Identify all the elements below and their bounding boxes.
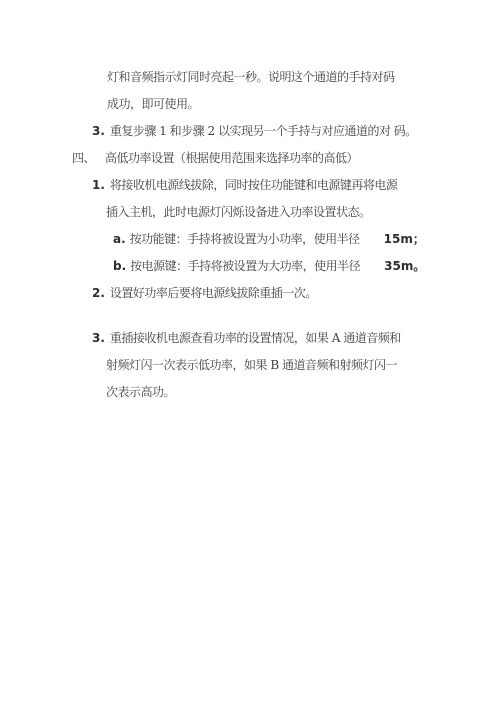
power-step-2-text: 设置好功率后要将电源线拔除重插一次。 (110, 286, 317, 300)
power-step-3-number: 3. (92, 331, 105, 345)
radius-large-value: 35m。 (384, 259, 425, 273)
power-section-heading: 四、高低功率设置（根据使用范围来选择功率的高低） (72, 145, 500, 172)
pairing-step-3-text: 重复步骤 1 和步骤 2 以实现另一个手持与对应通道的对 码。 (110, 124, 417, 138)
power-step-3-text-3: 次表示高功。 (106, 385, 175, 399)
power-step-3-line-1: 3.重插接收机电源查看功率的设置情况，如果 A 通道音频和 (92, 325, 500, 352)
pairing-continuation-text-2: 成功，即可使用。 (107, 97, 199, 111)
power-option-b: b.按电源键：手持将被设置为大功率，使用半径35m。 (113, 253, 500, 280)
power-option-a-letter: a. (113, 232, 126, 246)
power-step-1-text-2: 插入主机，此时电源灯闪烁设备进入功率设置状态。 (106, 205, 371, 219)
power-section-title: 高低功率设置（根据使用范围来选择功率的高低） (105, 151, 358, 165)
pairing-step-3: 3.重复步骤 1 和步骤 2 以实现另一个手持与对应通道的对 码。 (92, 118, 500, 145)
power-step-1-number: 1. (92, 178, 105, 192)
pairing-continuation-line-2: 成功，即可使用。 (107, 91, 500, 118)
power-option-a-text: 按功能键：手持将被设置为小功率，使用半径 (130, 232, 360, 246)
pairing-continuation-text-1: 灯和音频指示灯同时亮起一秒。说明这个通道的手持对码 (107, 70, 395, 84)
radius-small-value: 15m； (384, 232, 425, 246)
power-step-1-text-1: 将接收机电源线拔除，同时按住功能键和电源键再将电源 (110, 178, 398, 192)
power-step-2: 2.设置好功率后要将电源线拔除重插一次。 (92, 280, 500, 307)
power-step-3-text-2: 射频灯闪一次表示低功率，如果 B 通道音频和射频灯闪一 (106, 358, 397, 372)
power-step-2-number: 2. (92, 286, 105, 300)
power-option-b-text: 按电源键：手持将被设置为大功率，使用半径 (130, 259, 360, 273)
power-step-1-line-1: 1.将接收机电源线拔除，同时按住功能键和电源键再将电源 (92, 172, 500, 199)
pairing-continuation-line-1: 灯和音频指示灯同时亮起一秒。说明这个通道的手持对码 (107, 64, 500, 91)
pairing-step-3-number: 3. (92, 124, 105, 138)
manual-page: 灯和音频指示灯同时亮起一秒。说明这个通道的手持对码 成功，即可使用。 3.重复步… (0, 0, 500, 708)
document-body: 灯和音频指示灯同时亮起一秒。说明这个通道的手持对码 成功，即可使用。 3.重复步… (0, 0, 500, 406)
power-step-3-line-3: 次表示高功。 (106, 379, 500, 406)
power-step-3-text-1: 重插接收机电源查看功率的设置情况，如果 A 通道音频和 (110, 331, 401, 345)
power-option-b-letter: b. (113, 259, 126, 273)
power-step-3-line-2: 射频灯闪一次表示低功率，如果 B 通道音频和射频灯闪一 (106, 352, 500, 379)
power-section-number: 四、 (72, 151, 95, 165)
power-option-a: a.按功能键：手持将被设置为小功率，使用半径15m； (113, 226, 500, 253)
power-step-1-line-2: 插入主机，此时电源灯闪烁设备进入功率设置状态。 (106, 199, 500, 226)
